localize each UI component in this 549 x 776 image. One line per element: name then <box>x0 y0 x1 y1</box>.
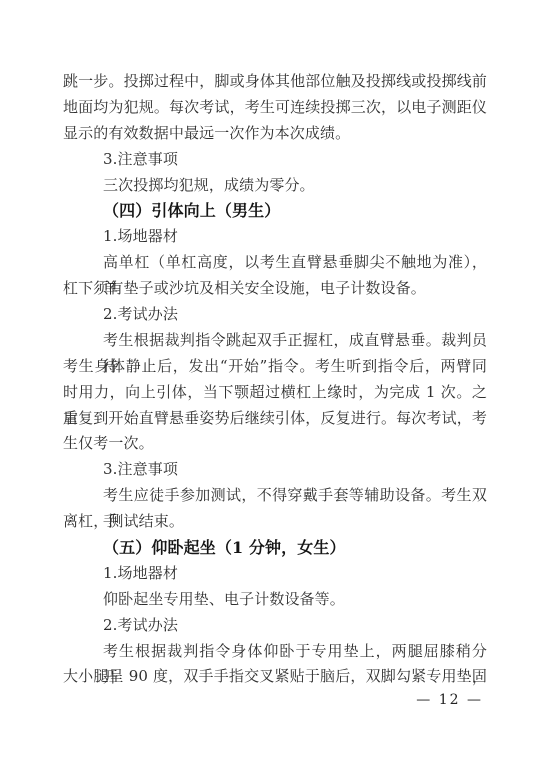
text-line: 生仅考一次。 <box>63 431 487 457</box>
text-line: 离杠，测试结束。 <box>63 509 487 535</box>
text-line: 重复到开始直臂悬垂姿势后继续引体，反复进行。每次考试，考 <box>63 406 487 432</box>
text-line: 跳一步。投掷过程中，脚或身体其他部位触及投掷线或投掷线前 <box>63 69 487 95</box>
text-line: 3.注意事项 <box>63 147 487 173</box>
section-heading: （四）引体向上（男生） <box>63 198 487 224</box>
text-line: 1.场地器材 <box>63 561 487 587</box>
text-line: 显示的有效数据中最远一次作为本次成绩。 <box>63 121 487 147</box>
section-heading: （五）仰卧起坐（1 分钟，女生） <box>63 535 487 561</box>
text-line: 三次投掷均犯规，成绩为零分。 <box>63 173 487 199</box>
text-line: 杠下须有垫子或沙坑及相关安全设施，电子计数设备。 <box>63 276 487 302</box>
text-line: 大小腿呈 90 度，双手手指交叉紧贴于脑后，双脚勾紧专用垫固 <box>63 664 487 690</box>
text-line: 考生根据裁判指令跳起双手正握杠，成直臂悬垂。裁判员待 <box>63 328 487 354</box>
text-line: 2.考试办法 <box>63 613 487 639</box>
text-line: 考生身体静止后，发出“开始”指令。考生听到指令后，两臂同 <box>63 354 487 380</box>
page-number: — 12 — <box>416 692 483 708</box>
document-page: 跳一步。投掷过程中，脚或身体其他部位触及投掷线或投掷线前地面均为犯规。每次考试，… <box>0 0 549 776</box>
text-block: 跳一步。投掷过程中，脚或身体其他部位触及投掷线或投掷线前地面均为犯规。每次考试，… <box>63 69 487 690</box>
text-line: 3.注意事项 <box>63 457 487 483</box>
text-line: 地面均为犯规。每次考试，考生可连续投掷三次，以电子测距仪 <box>63 95 487 121</box>
text-line: 仰卧起坐专用垫、电子计数设备等。 <box>63 587 487 613</box>
text-line: 考生应徒手参加测试，不得穿戴手套等辅助设备。考生双手 <box>63 483 487 509</box>
text-line: 高单杠（单杠高度，以考生直臂悬垂脚尖不触地为准），单 <box>63 250 487 276</box>
text-line: 时用力，向上引体，当下颚超过横杠上缘时，为完成 1 次。之后 <box>63 380 487 406</box>
text-line: 1.场地器材 <box>63 224 487 250</box>
text-line: 考生根据裁判指令身体仰卧于专用垫上，两腿屈膝稍分开， <box>63 639 487 665</box>
text-line: 2.考试办法 <box>63 302 487 328</box>
